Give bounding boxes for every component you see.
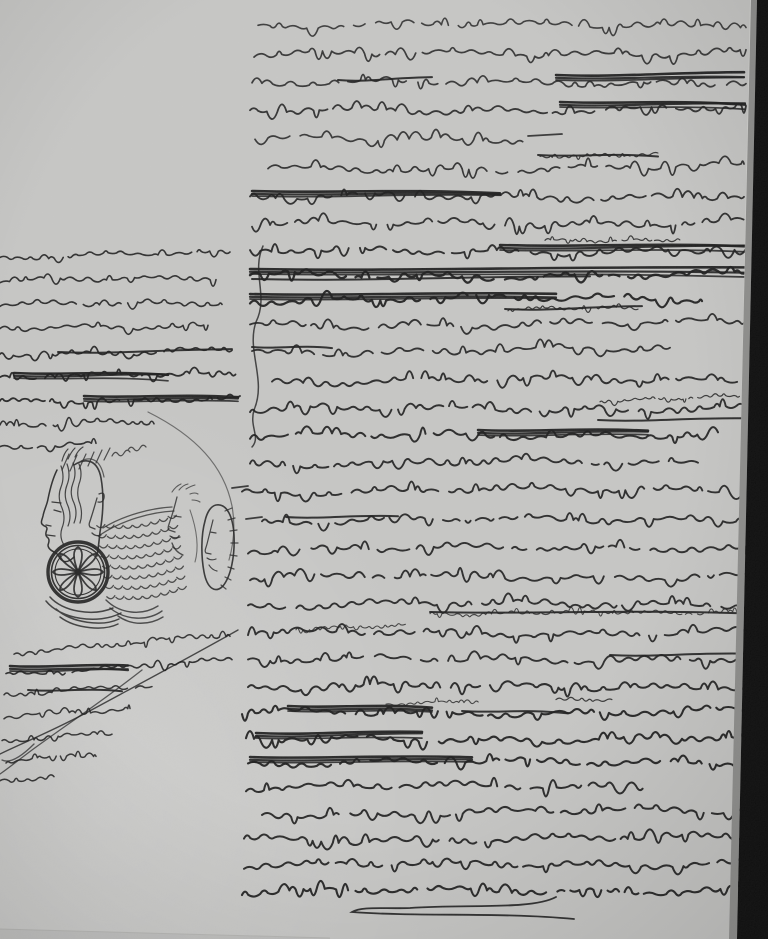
manuscript-scene	[0, 0, 768, 939]
manuscript-photograph	[0, 0, 768, 939]
photo-vignette	[0, 0, 768, 939]
